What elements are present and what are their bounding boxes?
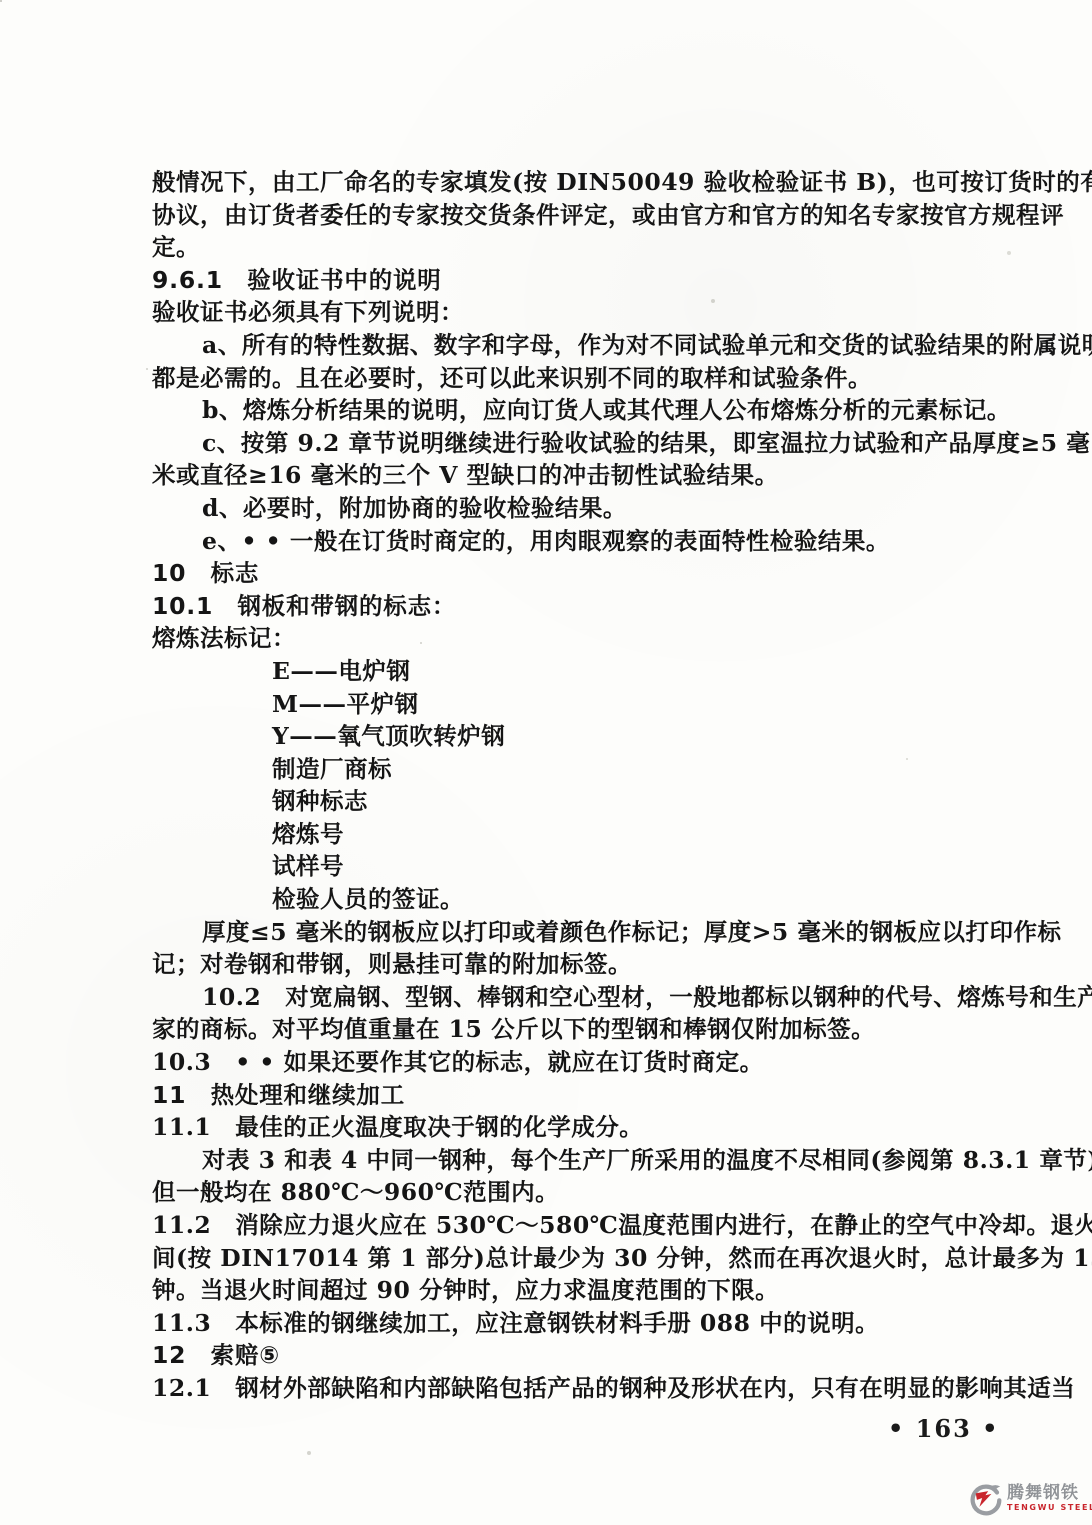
text-line: 对表 3 和表 4 中同一钢种，每个生产厂所采用的温度不尽相同(参阅第 8.3.…	[152, 1144, 1032, 1177]
text-line: 11.3 本标准的钢继续加工，应注意钢铁材料手册 088 中的说明。	[152, 1307, 1032, 1340]
section-heading: 10.1 钢板和带钢的标志：	[152, 590, 1032, 623]
section-heading: 10 标志	[152, 557, 1032, 590]
text-line: 检验人员的签证。	[152, 883, 1032, 916]
text-line: E——电炉钢	[152, 655, 1032, 688]
scan-noise	[0, 0, 2, 2]
text-line: 钢种标志	[152, 785, 1032, 818]
watermark-brand-en: TENGWU STEEL	[1007, 1504, 1092, 1512]
text-line: 12.1 钢材外部缺陷和内部缺陷包括产品的钢种及形状在内，只有在明显的影响其适当	[152, 1372, 1032, 1405]
text-line: 10.2 对宽扁钢、型钢、棒钢和空心型材，一般地都标以钢种的代号、熔炼号和生产厂	[152, 981, 1032, 1014]
text-line: 验收证书必须具有下列说明：	[152, 296, 1032, 329]
text-line: 11.1 最佳的正火温度取决于钢的化学成分。	[152, 1111, 1032, 1144]
text-line: 10.3 • • 如果还要作其它的标志，就应在订货时商定。	[152, 1046, 1032, 1079]
section-heading: 12 索赔⑤	[152, 1339, 1032, 1372]
text-line: M——平炉钢	[152, 688, 1032, 721]
tengwu-logo: 腾舞钢铁 TENGWU STEEL	[966, 1480, 1092, 1517]
text-line: 般情况下，由工厂命名的专家填发(按 DIN50049 验收检验证书 B)，也可按…	[152, 166, 1032, 199]
section-heading: 11 热处理和继续加工	[152, 1079, 1032, 1112]
text-line: 都是必需的。且在必要时，还可以此来识别不同的取样和试验条件。	[152, 362, 1032, 395]
text-line: 定。	[152, 231, 1032, 264]
text-line: 制造厂商标	[152, 753, 1032, 786]
text-line: 家的商标。对平均值重量在 15 公斤以下的型钢和棒钢仅附加标签。	[152, 1013, 1032, 1046]
text-line: Y——氧气顶吹转炉钢	[152, 720, 1032, 753]
text-line: 米或直径≥16 毫米的三个 V 型缺口的冲击韧性试验结果。	[152, 459, 1032, 492]
text-line: 熔炼号	[152, 818, 1032, 851]
text-line: c、按第 9.2 章节说明继续进行验收试验的结果，即室温拉力试验和产品厚度≥5 …	[152, 427, 1032, 460]
page-number: • 163 •	[888, 1414, 1000, 1443]
text-line: 试样号	[152, 850, 1032, 883]
tengwu-logo-icon	[966, 1480, 1003, 1517]
text-line: 协议，由订货者委任的专家按交货条件评定，或由官方和官方的知名专家按官方规程评	[152, 199, 1032, 232]
text-line: 记；对卷钢和带钢，则悬挂可靠的附加标签。	[152, 948, 1032, 981]
text-line: 11.2 消除应力退火应在 530℃～580℃温度范围内进行，在静止的空气中冷却…	[152, 1209, 1032, 1242]
text-line: 但一般均在 880℃～960℃范围内。	[152, 1176, 1032, 1209]
section-heading: 9.6.1 验收证书中的说明	[152, 264, 1032, 297]
text-line: 熔炼法标记：	[152, 622, 1032, 655]
text-line: 间(按 DIN17014 第 1 部分)总计最少为 30 分钟，然而在再次退火时…	[152, 1242, 1032, 1275]
text-line: e、• • 一般在订货时商定的，用肉眼观察的表面特性检验结果。	[152, 525, 1032, 558]
text-lines: 般情况下，由工厂命名的专家填发(按 DIN50049 验收检验证书 B)，也可按…	[152, 166, 1032, 1405]
text-line: d、必要时，附加协商的验收检验结果。	[152, 492, 1032, 525]
text-line: b、熔炼分析结果的说明，应向订货人或其代理人公布熔炼分析的元素标记。	[152, 394, 1032, 427]
text-line: 钟。当退火时间超过 90 分钟时，应力求温度范围的下限。	[152, 1274, 1032, 1307]
document-page: 般情况下，由工厂命名的专家填发(按 DIN50049 验收检验证书 B)，也可按…	[0, 0, 1092, 1525]
text-line: 厚度≤5 毫米的钢板应以打印或着颜色作标记；厚度>5 毫米的钢板应以打印作标	[152, 916, 1032, 949]
text-line: a、所有的特性数据、数字和字母，作为对不同试验单元和交货的试验结果的附属说明	[152, 329, 1032, 362]
watermark-brand-cn: 腾舞钢铁	[1007, 1485, 1092, 1502]
